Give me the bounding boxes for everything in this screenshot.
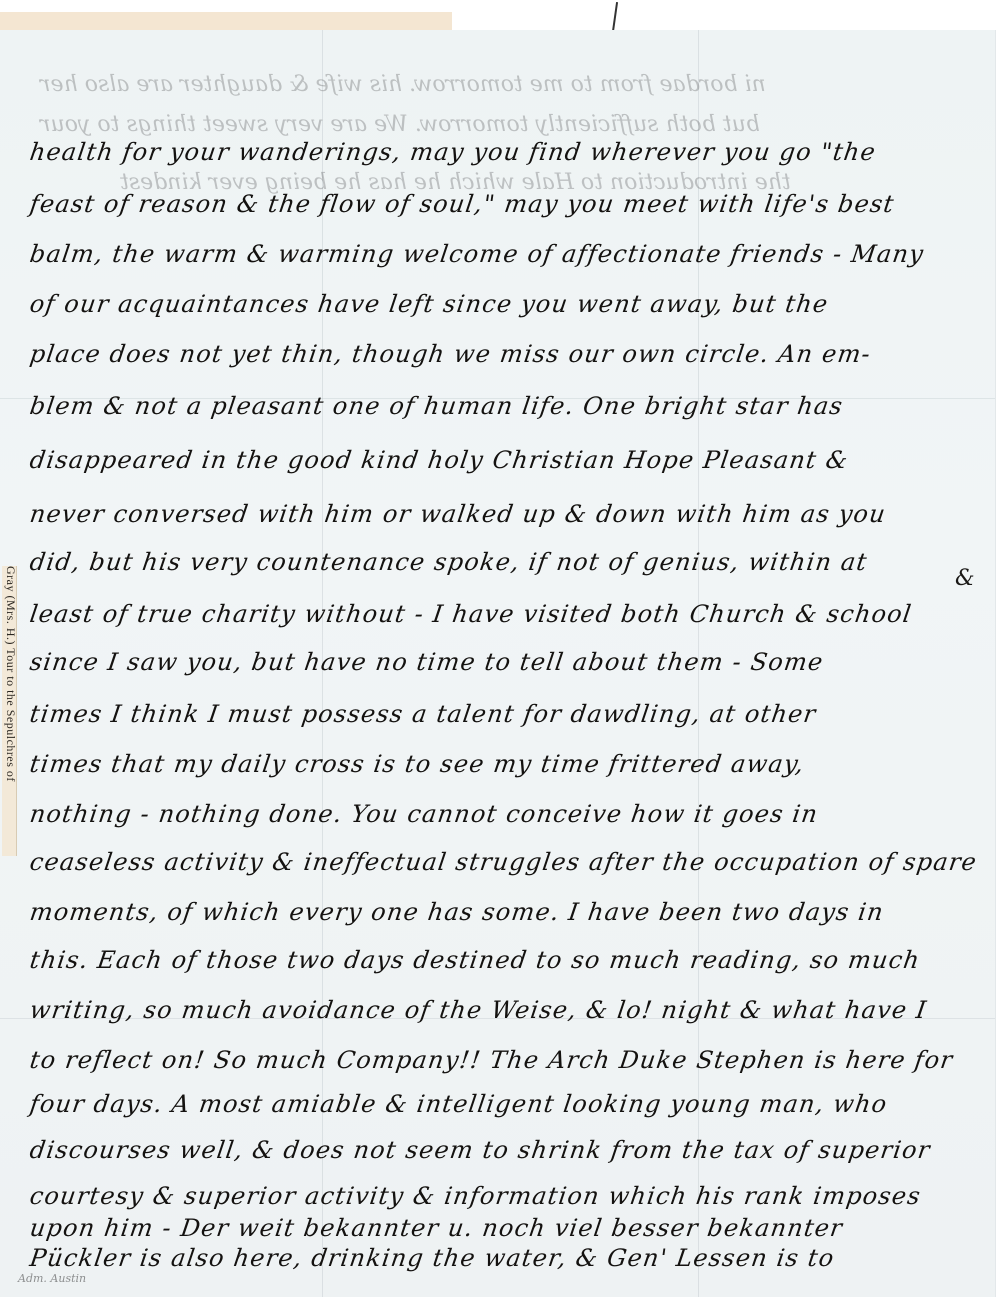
letter-line: times that my daily cross is to see my t… <box>28 750 806 778</box>
letter-line: four days. A most amiable & intelligent … <box>28 1090 889 1118</box>
letter-line: moments, of which every one has some. I … <box>28 898 886 926</box>
letter-line: to reflect on! So much Company!! The Arc… <box>28 1046 955 1074</box>
letter-line: of our acquaintances have left since you… <box>28 290 830 318</box>
ink-tick-mark <box>612 2 618 32</box>
letter-line: since I saw you, but have no time to tel… <box>28 648 825 676</box>
letter-line: nothing - nothing done. You cannot conce… <box>28 800 820 828</box>
letter-line: disappeared in the good kind holy Christ… <box>28 446 850 474</box>
letter-line: never conversed with him or walked up & … <box>28 500 888 528</box>
letter-line: courtesy & superior activity & informati… <box>28 1182 923 1210</box>
archive-label-text: Gray (Mrs. H.) Tour to the Sepulchres of <box>3 566 18 782</box>
letter-line: blem & not a pleasant one of human life.… <box>28 392 845 420</box>
letter-line: writing, so much avoidance of the Weise,… <box>28 996 929 1024</box>
letter-line: balm, the warm & warming welcome of affe… <box>28 240 926 268</box>
letter-line: ceaseless activity & ineffectual struggl… <box>28 848 979 876</box>
bleed-through-line: but both sufficiently tomorrow. We are v… <box>40 112 760 137</box>
letter-line: least of true charity without - I have v… <box>28 600 914 628</box>
archive-label: Gray (Mrs. H.) Tour to the Sepulchres of <box>2 566 17 856</box>
letter-line: Pückler is also here, drinking the water… <box>28 1244 836 1272</box>
letter-line: times I think I must possess a talent fo… <box>28 700 818 728</box>
margin-ampersand: & <box>955 566 975 591</box>
letter-line: feast of reason & the flow of soul," may… <box>28 190 896 218</box>
footer-annotation: Adm. Austin <box>18 1272 86 1285</box>
letter-line: upon him - Der weit bekannter u. noch vi… <box>28 1214 845 1242</box>
letter-page: ni bordae from to me tomorrow. his wife … <box>0 0 1000 1297</box>
bleed-through-line: ni bordae from to me tomorrow. his wife … <box>40 72 766 97</box>
letter-line: health for your wanderings, may you find… <box>28 138 878 166</box>
letter-line: place does not yet thin, though we miss … <box>28 340 873 368</box>
letter-line: this. Each of those two days destined to… <box>28 946 922 974</box>
letter-line: discourses well, & does not seem to shri… <box>28 1136 932 1164</box>
letter-line: did, but his very countenance spoke, if … <box>28 548 869 576</box>
